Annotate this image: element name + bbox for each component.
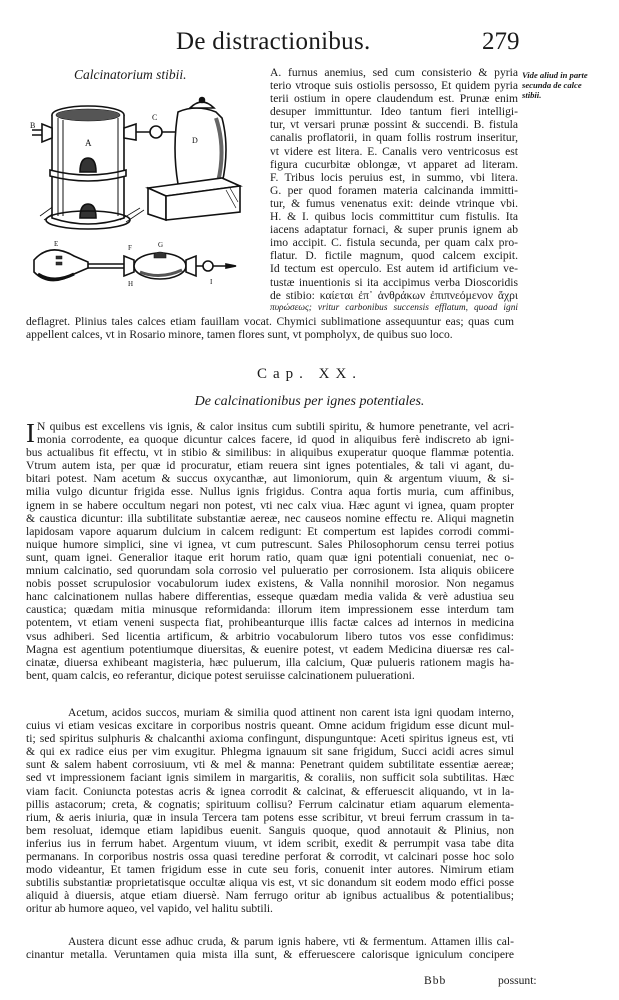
- text-line: modo videantur, Et tamen frigidum esse i…: [26, 863, 514, 876]
- greek-quotation-line: πυρώσεως; vritur carbonibus succensis ef…: [270, 302, 518, 315]
- text-line: rium, & aeris iniuria, quæ in insula Ter…: [26, 811, 514, 824]
- text-line: flatur. D. fictile magnum, quod calcem e…: [270, 249, 518, 262]
- catchword: possunt:: [498, 974, 537, 987]
- text-line: monia corrodente, ea quoque dicuntur cal…: [26, 433, 514, 446]
- svg-text:F: F: [128, 244, 132, 252]
- text-line: cinantur metalla. Veruntamen quia mista …: [26, 948, 514, 961]
- vessel-d: D: [175, 98, 226, 189]
- text-line: imo accipit. C. fistula secunda, per qua…: [270, 236, 518, 249]
- text-line: nuique humore simplici, sine vi ignea, v…: [26, 538, 514, 551]
- text-line: vsus adhiberi. Sed licentia artificum, &…: [26, 630, 514, 643]
- text-line: G. per quod foramen materia calcinanda i…: [270, 184, 518, 197]
- text-line: figura cucurbitæ oblongæ, vt apparet ad …: [270, 158, 518, 171]
- text-line: permanans. In corporibus nostris ossa qu…: [26, 850, 514, 863]
- text-line: H. & I. quibus locis committitur cum fis…: [270, 210, 518, 223]
- text-line: & caustica dicuntur: illa subtilitate su…: [26, 512, 514, 525]
- text-line: subtilis substantiæ proprietatisque occu…: [26, 876, 514, 889]
- page-number: 279: [482, 28, 520, 56]
- text-line: aliquid à diuersis, atque etiam diuersè.…: [26, 889, 514, 902]
- signature-mark: Bbb: [424, 974, 446, 987]
- svg-text:D: D: [192, 136, 198, 145]
- text-line: deflagret. Plinius tales calces etiam fa…: [26, 315, 514, 328]
- text-line: Magna est agentium potentiumque diuersit…: [26, 643, 514, 656]
- text-line: pillis astacorum; creta, & cognatis; spi…: [26, 798, 514, 811]
- text-line: Id tectum est operculo. Est autem id art…: [270, 262, 518, 275]
- text-line: hanc calcinationem nullas habere differe…: [26, 590, 514, 603]
- text-line: Austera dicunt esse adhuc cruda, & parum…: [26, 935, 514, 948]
- text-line: tur, & fumus venenatus exit: deinde vtri…: [270, 197, 518, 210]
- text-line: nobis posset scrupulosior vocabulorum iu…: [26, 577, 514, 590]
- text-line: inferius ius in ferrum habet. Argentum v…: [26, 837, 514, 850]
- paragraph-1: I N quibus est excellens vis ignis, & ca…: [26, 420, 514, 682]
- text-line: desuper immittuntur. Ideo tantum fieri i…: [270, 105, 518, 118]
- text-line: bent, quam calcis, eo referantur, diciqu…: [26, 669, 514, 682]
- pipe-b: B: [30, 121, 52, 142]
- canal-fgh: F G H I: [124, 241, 236, 288]
- text-line: bem resoluat, idemque etiam lapidibus eu…: [26, 824, 514, 837]
- text-line: cuius vi etiam vesicas excitare in corpo…: [26, 719, 514, 732]
- text-line: terii ostium in opere claudendum est. Pr…: [270, 92, 518, 105]
- svg-text:I: I: [210, 278, 213, 286]
- svg-text:G: G: [158, 241, 163, 249]
- text-line: caustica; quædam mitia minusque reformid…: [26, 603, 514, 616]
- paragraph-3: Austera dicunt esse adhuc cruda, & parum…: [26, 935, 514, 961]
- text-line: N quibus est excellens vis ignis, & calo…: [26, 420, 514, 433]
- svg-text:H: H: [128, 280, 133, 288]
- text-line: tustæ inuentionis si ita accipimus verba…: [270, 276, 518, 289]
- text-line: milia vulgo dicuntur frigida esse. Nullu…: [26, 485, 514, 498]
- text-line: mnium calcinatio, sed quorundam sola cor…: [26, 564, 514, 577]
- calcinatorium-woodcut-illustration: A B C D: [30, 88, 270, 308]
- svg-text:E: E: [54, 240, 58, 248]
- text-line: cinatæ, diuersa exhibeant magisteria, hæ…: [26, 656, 514, 669]
- text-line: potentem, vt etiam veneni suspecta fiat,…: [26, 616, 514, 629]
- chapter-heading: Cap. XX.: [0, 366, 619, 383]
- text-line: oritur ab humore aqueo, vel vapido, vel …: [26, 902, 514, 915]
- text-line: appellent calces, vt in Rosario minore, …: [26, 328, 514, 341]
- text-line: ti; sed spiritus sulphuris & chalcanthi …: [26, 732, 514, 745]
- chapter-subtitle: De calcinationibus per ignes potentiales…: [0, 394, 619, 410]
- text-line: sunt & salem habent corrosiuum, vti & me…: [26, 758, 514, 771]
- text-line: ignem in se habere occultum negari non p…: [26, 499, 514, 512]
- text-line: A. furnus anemius, sed cum consisterio &…: [270, 66, 518, 79]
- svg-text:C: C: [152, 113, 157, 122]
- base-block: [148, 178, 240, 220]
- text-line: Acetum, acidos succos, muriam & similia …: [26, 706, 514, 719]
- text-line: terio vtroque suis ostiolis persosso, Et…: [270, 79, 518, 92]
- text-line: F. Tribus locis peruius est, in summo, v…: [270, 171, 518, 184]
- furnace-a: A: [46, 106, 130, 229]
- drop-cap: I: [26, 421, 35, 445]
- text-line: canalis proflatorii, in quam follis rost…: [270, 131, 518, 144]
- text-line: lapidosam vapore aquarum dulcium in calc…: [26, 525, 514, 538]
- text-line: Vtrum autem ista, per quæ id procuratur,…: [26, 459, 514, 472]
- text-line: sed vt impressionem faciant ignis simile…: [26, 771, 514, 784]
- after-figure-text: deflagret. Plinius tales calces etiam fa…: [26, 315, 514, 341]
- svg-text:B: B: [30, 121, 35, 130]
- pipe-c: C: [124, 113, 176, 140]
- bellows-e: E: [34, 240, 124, 281]
- text-line: bus actualibus fit effectu, vt in stibio…: [26, 446, 514, 459]
- running-title: De distractionibus.: [176, 28, 371, 56]
- text-line: tur, vt versari prunæ possint & succendi…: [270, 118, 518, 131]
- text-line: sunt, quam ignei. Generalior itaque erit…: [26, 551, 514, 564]
- text-line: & qui ex radice eius per vim exugitur. P…: [26, 745, 514, 758]
- paragraph-2: Acetum, acidos succos, muriam & similia …: [26, 706, 514, 916]
- text-line: viam facit. Coniuncta potestas acris & i…: [26, 785, 514, 798]
- figure-caption: Calcinatorium stibii.: [74, 67, 187, 83]
- margin-note: Vide aliud in parte secunda de calce sti…: [522, 70, 592, 100]
- text-line: iacens adaptatur fornaci, & super prunis…: [270, 223, 518, 236]
- running-header: De distractionibus. 279: [0, 28, 619, 64]
- greek-quotation-line: de stibio: καίεται ἐπ᾽ ἀνθράκων ἐπιπνεόμ…: [270, 289, 518, 302]
- label-a: A: [85, 138, 92, 148]
- figure-description-column: A. furnus anemius, sed cum consisterio &…: [270, 66, 518, 315]
- text-line: vt videre est litera. E. Canalis vero ve…: [270, 145, 518, 158]
- text-line: bitari potest. Nam acetum & succus oxyca…: [26, 472, 514, 485]
